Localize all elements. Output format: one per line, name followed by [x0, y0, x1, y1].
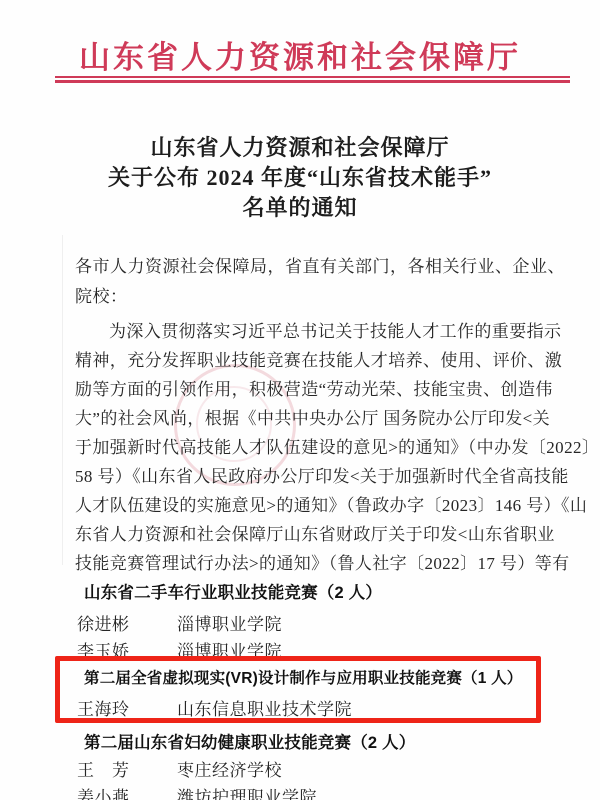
entry-row: 姜小燕潍坊护理职业学院: [77, 783, 317, 800]
document-title: 山东省人力资源和社会保障厅 关于公布 2024 年度“山东省技术能手” 名单的通…: [0, 133, 600, 223]
letterhead-rule: [55, 76, 570, 83]
document-page: 山东省人力资源和社会保障厅 山东省人力资源和社会保障厅 关于公布 2024 年度…: [0, 0, 600, 800]
entry-org: 山东信息职业技术学院: [177, 700, 352, 719]
competition-heading-highlighted: 第二届全省虚拟现实(VR)设计制作与应用职业技能竞赛（1 人）: [84, 666, 522, 688]
entry-org: 淄博职业学院: [177, 615, 282, 634]
entry-row: 王 芳枣庄经济学校: [77, 756, 282, 781]
title-line-3: 名单的通知: [0, 193, 600, 223]
entry-name: 徐进彬: [77, 610, 177, 635]
competition-heading: 山东省二手车行业职业技能竞赛（2 人）: [84, 579, 382, 603]
letterhead-agency: 山东省人力资源和社会保障厅: [0, 32, 600, 77]
title-line-2: 关于公布 2024 年度“山东省技术能手”: [0, 163, 600, 193]
entry-org: 潍坊护理职业学院: [177, 788, 317, 800]
body-line: 58 号）《山东省人民政府办公厅印发<关于加强新时代全省高技能: [75, 462, 575, 491]
entry-row: 王海玲山东信息职业技术学院: [77, 695, 352, 720]
entry-name: 姜小燕: [77, 783, 177, 800]
entry-org: 淄博职业学院: [177, 642, 282, 661]
body-line: 于加强新时代高技能人才队伍建设的意见>的通知》（中办发〔2022〕: [75, 433, 575, 462]
scan-crease: [62, 235, 63, 565]
salutation: 各市人力资源社会保障局，省直有关部门，各相关行业、企业、 院校：: [75, 252, 567, 312]
salutation-line: 各市人力资源社会保障局，省直有关部门，各相关行业、企业、: [75, 252, 567, 282]
salutation-line: 院校：: [75, 282, 567, 312]
body-line: 精神，充分发挥职业技能竞赛在技能人才培养、使用、评价、激: [75, 346, 575, 375]
title-line-1: 山东省人力资源和社会保障厅: [0, 133, 600, 163]
body-paragraph: 为深入贯彻落实习近平总书记关于技能人才工作的重要指示 精神，充分发挥职业技能竞赛…: [75, 317, 575, 578]
body-line: 人才队伍建设的实施意见>的通知》（鲁政办字〔2023〕146 号）《山: [75, 491, 575, 520]
entry-org: 枣庄经济学校: [177, 761, 282, 780]
body-line: 大”的社会风尚，根据《中共中央办公厅 国务院办公厅印发<关: [75, 404, 575, 433]
body-line: 技能竞赛管理试行办法>的通知》（鲁人社字〔2022〕17 号）等有: [75, 549, 575, 578]
body-line: 东省人力资源和社会保障厅山东省财政厅关于印发<山东省职业: [75, 520, 575, 549]
body-line: 为深入贯彻落实习近平总书记关于技能人才工作的重要指示: [75, 317, 575, 346]
entry-name: 王海玲: [77, 695, 177, 720]
competition-heading: 第二届山东省妇幼健康职业技能竞赛（2 人）: [84, 729, 415, 753]
body-line: 励等方面的引领作用，积极营造“劳动光荣、技能宝贵、创造伟: [75, 375, 575, 404]
entry-row: 李玉娇淄博职业学院: [77, 637, 282, 662]
entry-name: 王 芳: [77, 756, 177, 781]
entry-name: 李玉娇: [77, 637, 177, 662]
entry-row: 徐进彬淄博职业学院: [77, 610, 282, 635]
